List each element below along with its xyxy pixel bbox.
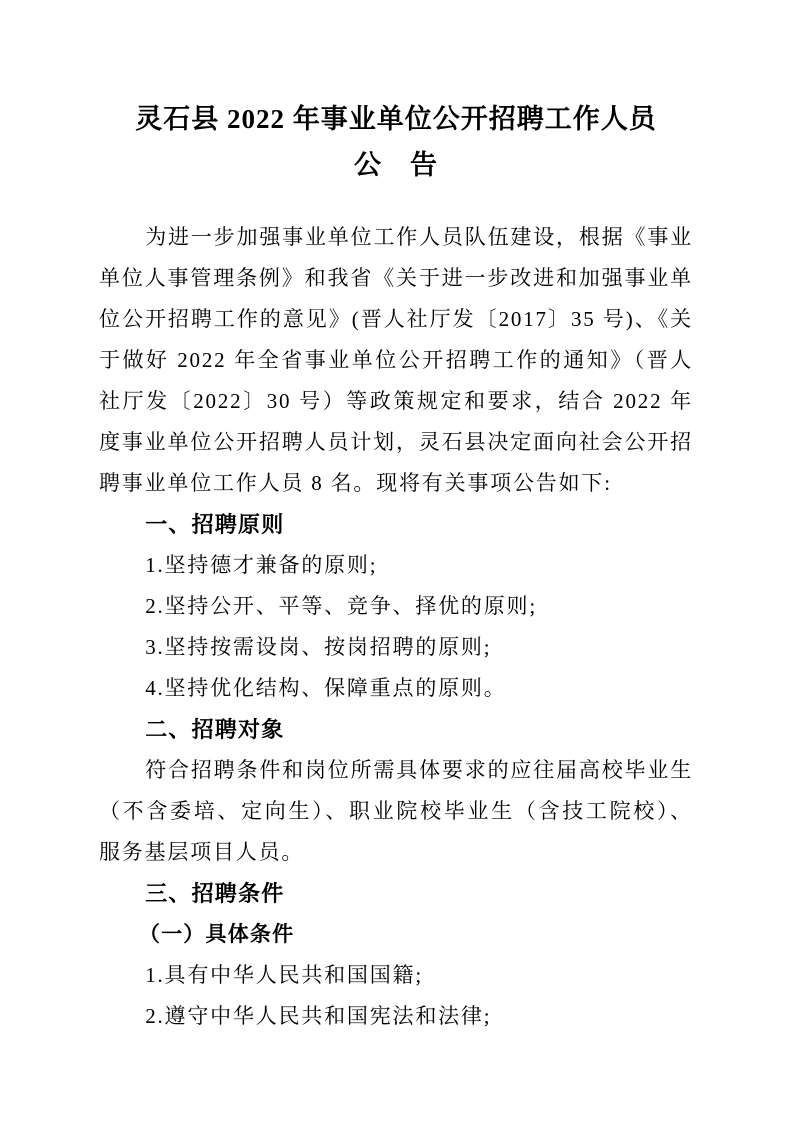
document-page: 灵石县 2022 年事业单位公开招聘工作人员 公 告 为进一步加强事业单位工作人… bbox=[0, 0, 793, 1122]
principle-item-1: 1.坚持德才兼备的原则; bbox=[99, 545, 693, 586]
condition-item-2: 2.遵守中华人民共和国宪法和法律; bbox=[99, 996, 693, 1037]
announcement-title-line2: 公 告 bbox=[99, 147, 693, 183]
section-recruitment-targets: 二、招聘对象 符合招聘条件和岗位所需具体要求的应往届高校毕业生（不含委培、定向生… bbox=[99, 709, 693, 873]
section-recruitment-principles: 一、招聘原则 1.坚持德才兼备的原则; 2.坚持公开、平等、竞争、择优的原则; … bbox=[99, 504, 693, 709]
condition-item-1: 1.具有中华人民共和国国籍; bbox=[99, 955, 693, 996]
subsection-heading-specific-conditions: （一）具体条件 bbox=[99, 914, 693, 955]
targets-paragraph: 符合招聘条件和岗位所需具体要求的应往届高校毕业生（不含委培、定向生）、职业院校毕… bbox=[99, 750, 693, 873]
section-heading-conditions: 三、招聘条件 bbox=[99, 873, 693, 914]
principle-item-3: 3.坚持按需设岗、按岗招聘的原则; bbox=[99, 627, 693, 668]
section-recruitment-conditions: 三、招聘条件 （一）具体条件 1.具有中华人民共和国国籍; 2.遵守中华人民共和… bbox=[99, 873, 693, 1037]
section-heading-targets: 二、招聘对象 bbox=[99, 709, 693, 750]
principle-item-4: 4.坚持优化结构、保障重点的原则。 bbox=[99, 668, 693, 709]
announcement-title-line1: 灵石县 2022 年事业单位公开招聘工作人员 bbox=[99, 101, 693, 137]
section-heading-principles: 一、招聘原则 bbox=[99, 504, 693, 545]
principle-item-2: 2.坚持公开、平等、竞争、择优的原则; bbox=[99, 586, 693, 627]
intro-paragraph: 为进一步加强事业单位工作人员队伍建设，根据《事业单位人事管理条例》和我省《关于进… bbox=[99, 217, 693, 504]
